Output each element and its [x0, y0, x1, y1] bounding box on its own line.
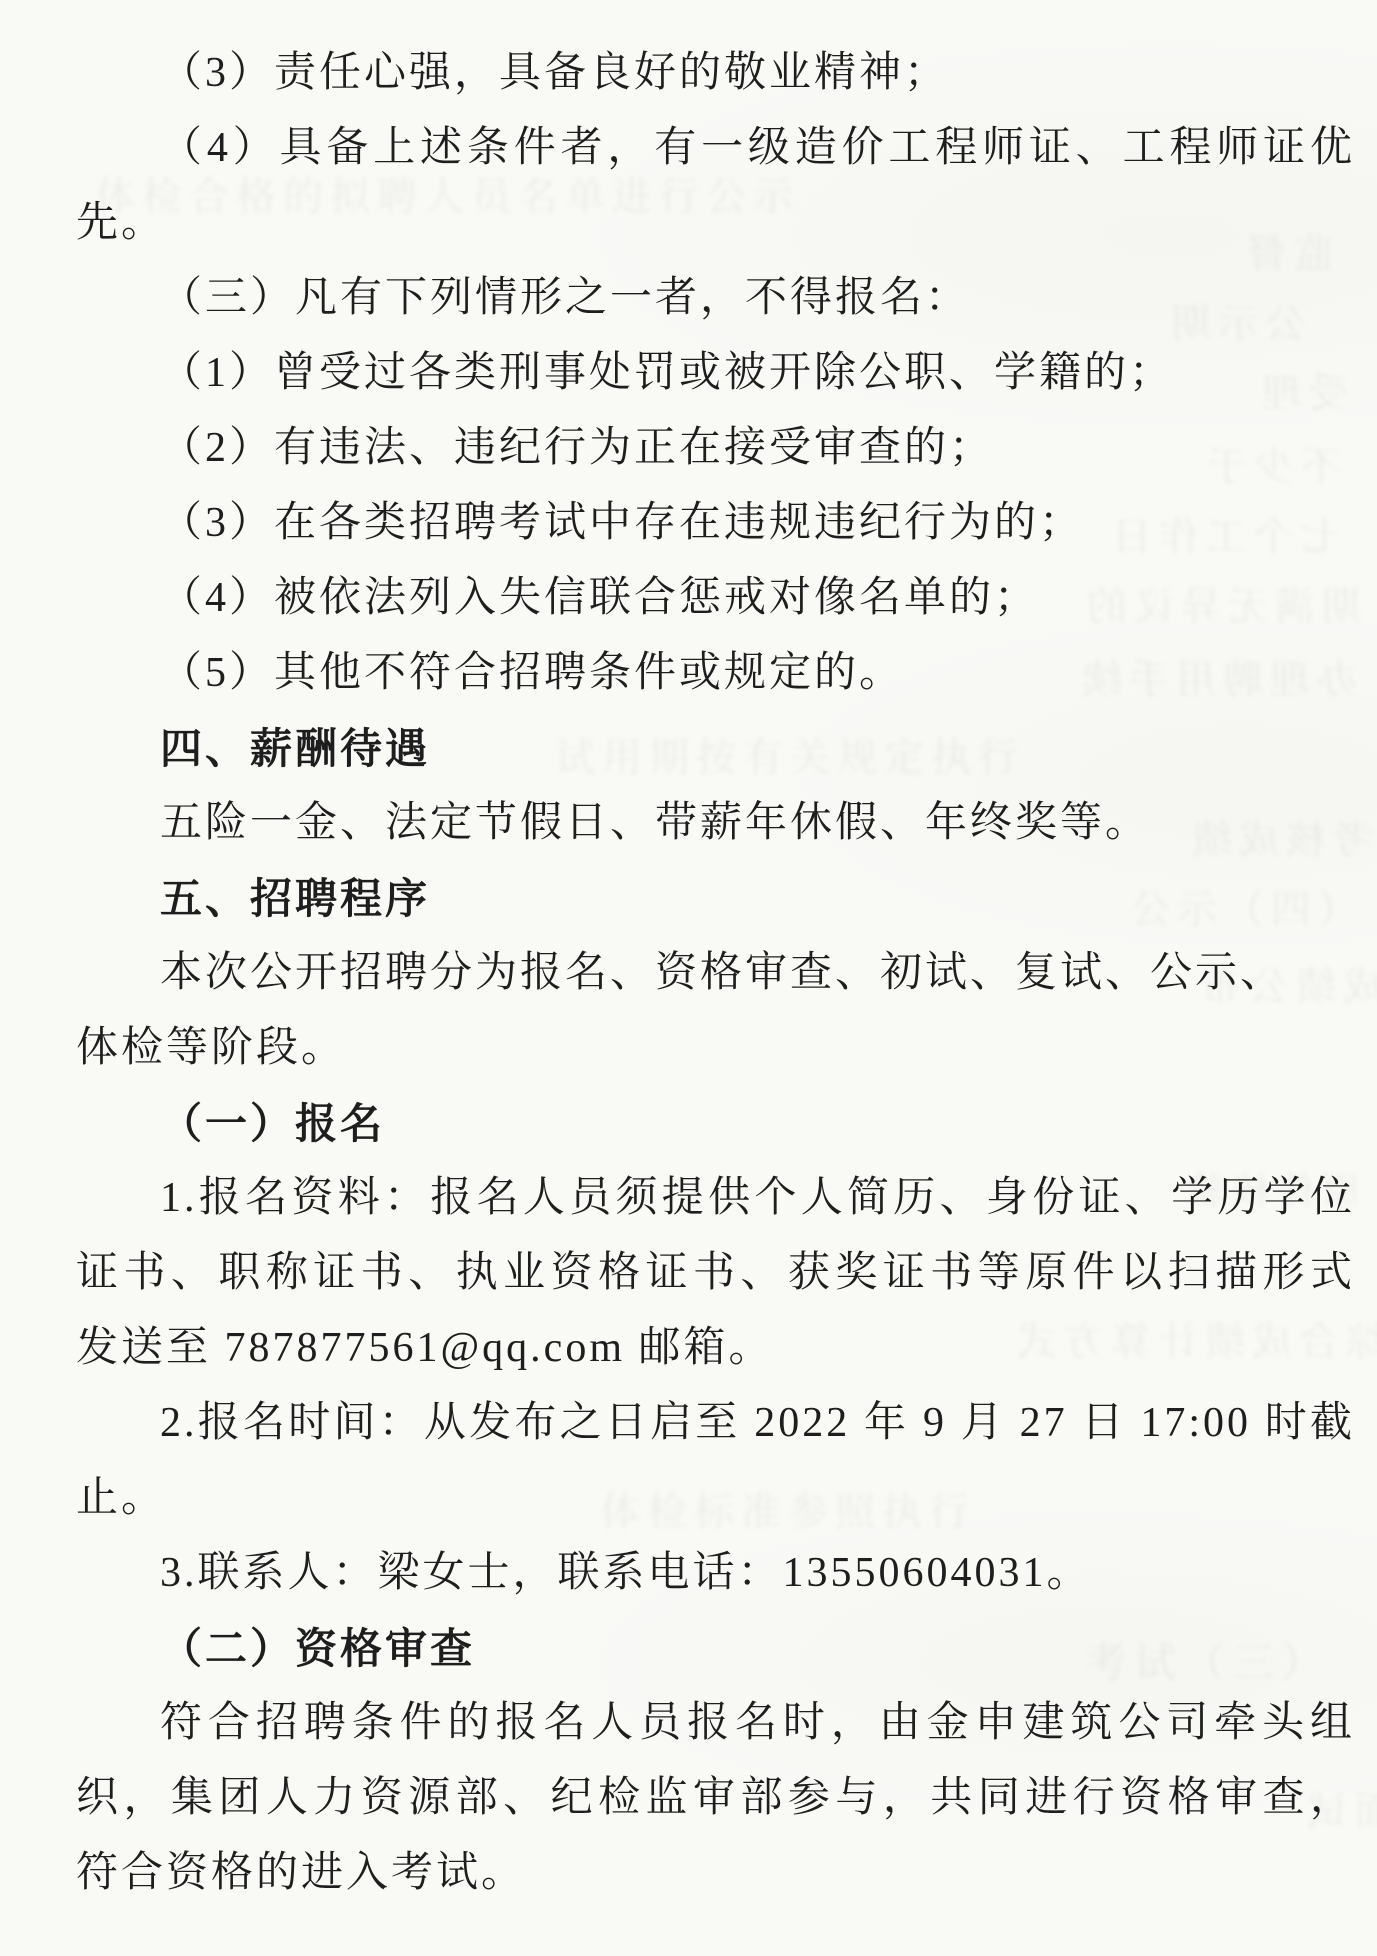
text-line: 先。	[76, 186, 1355, 261]
text-line: 符合资格的进入考试。	[76, 1836, 1355, 1911]
text-line: 体检等阶段。	[76, 1011, 1355, 1086]
text-line: 止。	[76, 1461, 1355, 1536]
scanned-document-page: 体检合格的拟聘人员名单进行公示监督公示期受理不少于七个工作日期满无异议的办理聘用…	[0, 0, 1377, 1956]
text-line: 1.报名资料：报名人员须提供个人简历、身份证、学历学位	[76, 1161, 1355, 1236]
text-line: （4）具备上述条件者，有一级造价工程师证、工程师证优	[76, 111, 1355, 186]
text-line: （1）曾受过各类刑事处罚或被开除公职、学籍的；	[76, 336, 1355, 411]
text-line: （2）有违法、违纪行为正在接受审查的；	[76, 411, 1355, 486]
text-line-deadline: 2.报名时间：从发布之日启至 2022 年 9 月 27 日 17:00 时截	[76, 1386, 1355, 1461]
text-line: （4）被依法列入失信联合惩戒对像名单的；	[76, 561, 1355, 636]
section-heading-qualification-review: （二）资格审查	[76, 1611, 1355, 1686]
text-line: 本次公开招聘分为报名、资格审查、初试、复试、公示、	[76, 936, 1355, 1011]
text-line: （3）在各类招聘考试中存在违规违纪行为的；	[76, 486, 1355, 561]
text-line: 证书、职称证书、执业资格证书、获奖证书等原件以扫描形式	[76, 1236, 1355, 1311]
text-line-contact: 3.联系人：梁女士，联系电话：13550604031。	[76, 1536, 1355, 1611]
text-line: （5）其他不符合招聘条件或规定的。	[76, 636, 1355, 711]
document-text: （3）责任心强，具备良好的敬业精神； （4）具备上述条件者，有一级造价工程师证、…	[76, 36, 1355, 1911]
text-line: （3）责任心强，具备良好的敬业精神；	[76, 36, 1355, 111]
text-line-email: 发送至 787877561@qq.com 邮箱。	[76, 1311, 1355, 1386]
text-line: 织，集团人力资源部、纪检监审部参与，共同进行资格审查，	[76, 1761, 1355, 1836]
section-heading-procedure: 五、招聘程序	[76, 861, 1355, 936]
text-line: 五险一金、法定节假日、带薪年休假、年终奖等。	[76, 786, 1355, 861]
text-line: （三）凡有下列情形之一者，不得报名：	[76, 261, 1355, 336]
text-line: 符合招聘条件的报名人员报名时，由金申建筑公司牵头组	[76, 1686, 1355, 1761]
section-heading-registration: （一）报名	[76, 1086, 1355, 1161]
section-heading-salary: 四、薪酬待遇	[76, 711, 1355, 786]
